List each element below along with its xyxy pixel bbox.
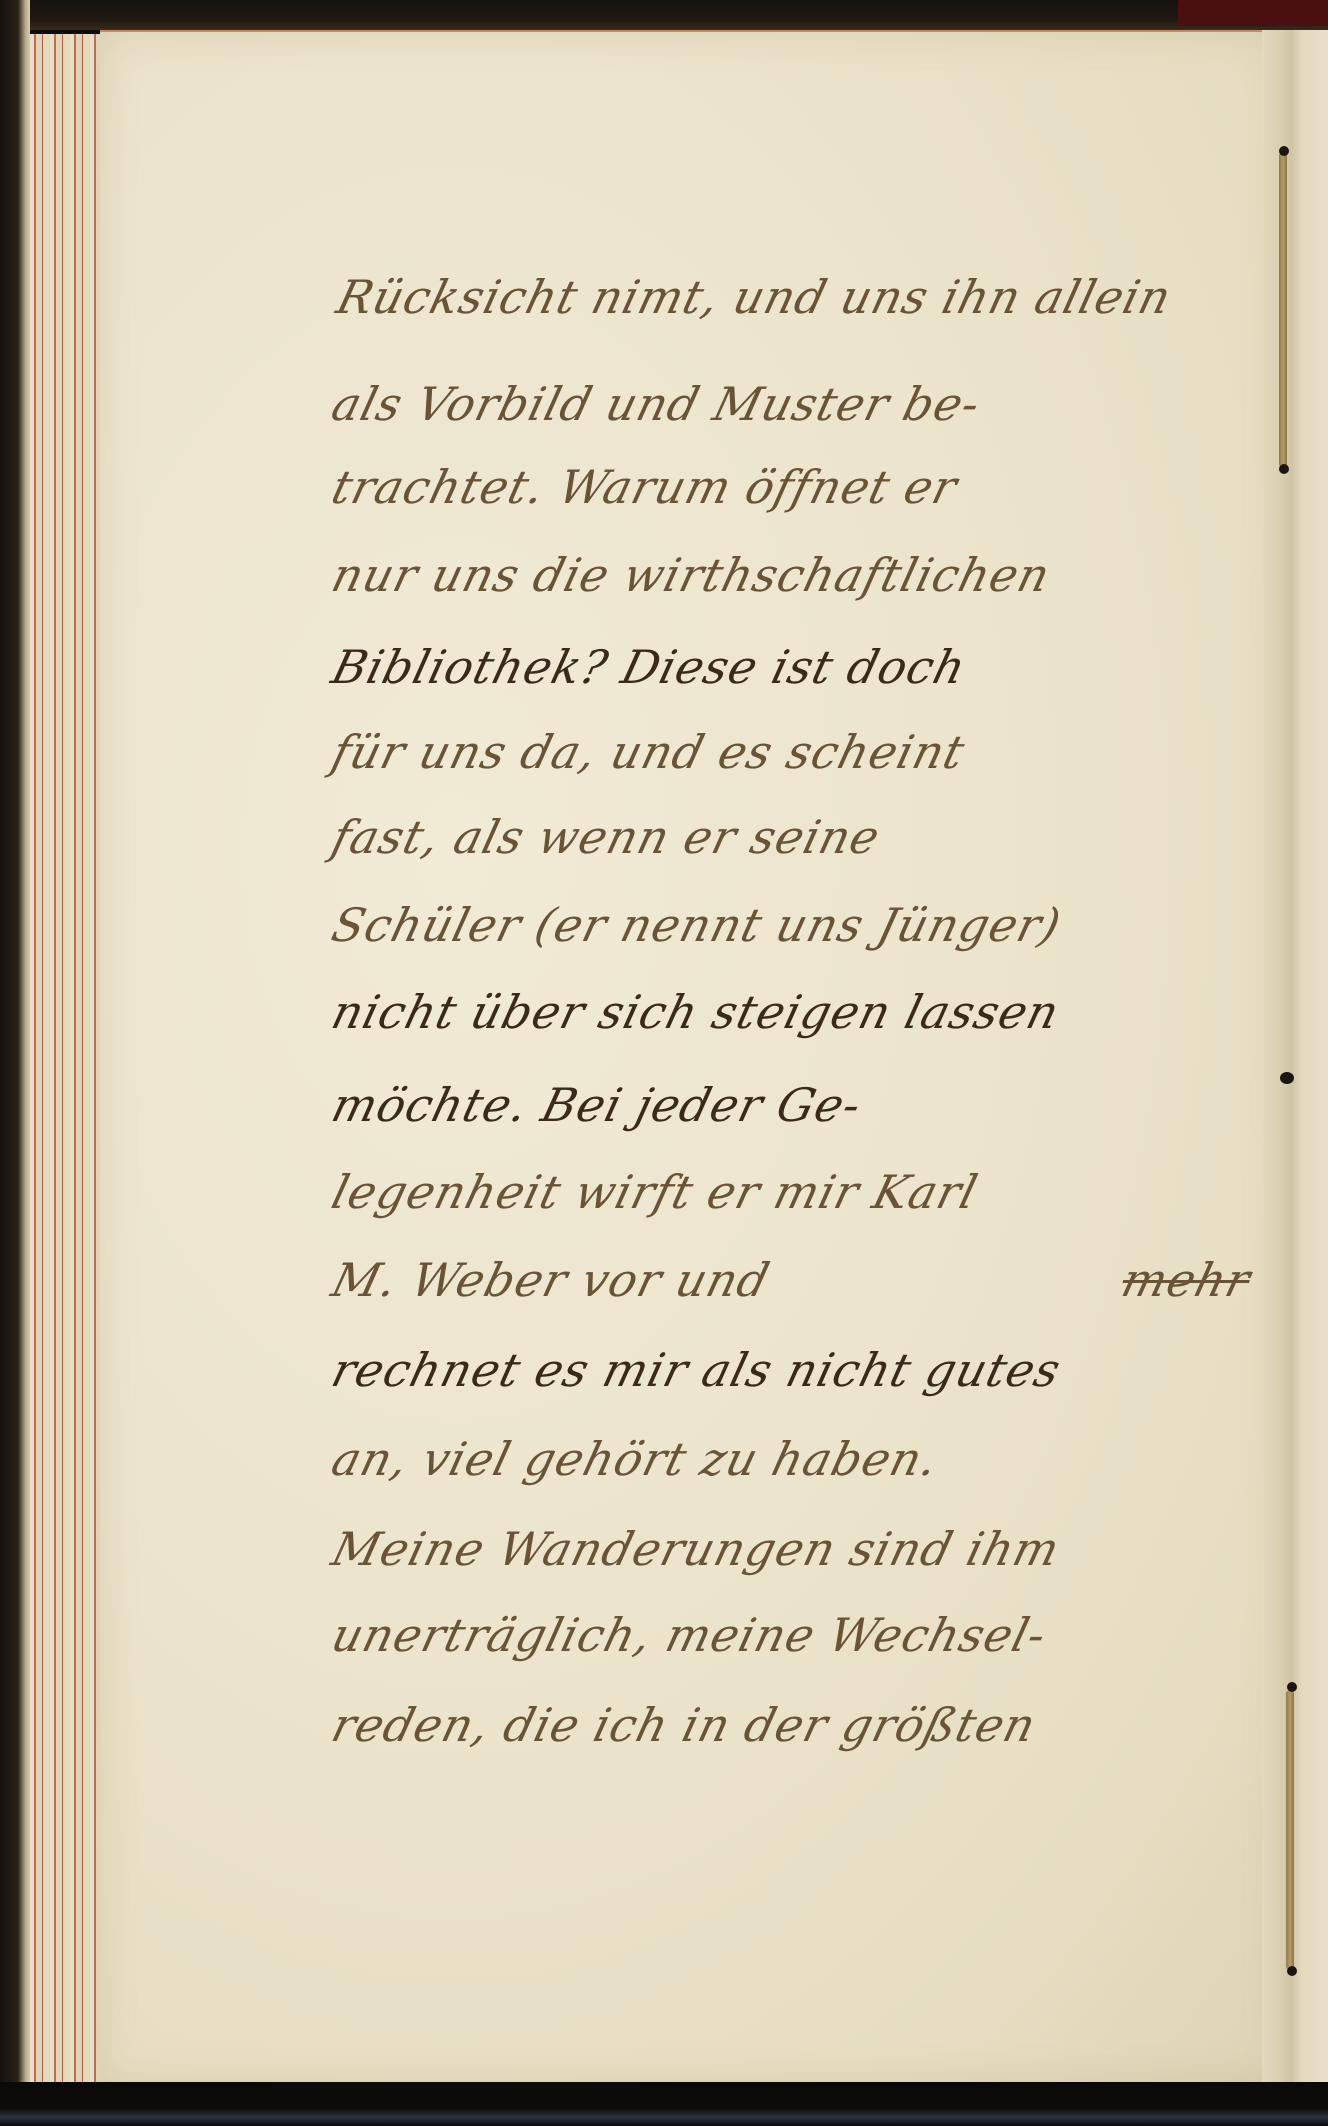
line-text: möchte. Bei jeder Ge-: [327, 1078, 868, 1132]
line-text: Bibliothek? Diese ist doch: [327, 640, 972, 694]
book-cover-bottom-edge: [0, 2082, 1328, 2126]
line-text: nur uns die wirthschaftlichen: [327, 548, 1057, 602]
binding-hole: [1287, 1966, 1297, 1976]
line-text: reden, die ich in der größten: [327, 1698, 1042, 1752]
binding-thread-bottom: [1286, 1690, 1294, 1970]
binding-hole: [1287, 1682, 1297, 1692]
book-cover-top-edge: [0, 0, 1328, 30]
line-text: Rücksicht nimt, und uns ihn allein: [332, 270, 1178, 324]
cover-red-corner: [1178, 0, 1328, 26]
binding-hole: [1279, 464, 1289, 474]
line-text: M. Weber vor und: [327, 1253, 776, 1307]
binding-hole: [1280, 1072, 1294, 1084]
book-cover-left-edge: [0, 0, 30, 2126]
line-text: nicht über sich steigen lassen: [327, 985, 1066, 1039]
binding-thread-top: [1279, 152, 1287, 468]
manuscript-page: [100, 30, 1280, 2084]
line-text: als Vorbild und Muster be-: [327, 377, 987, 431]
line-text: unerträglich, meine Wechsel-: [327, 1608, 1053, 1662]
line-text: trachtet. Warum öffnet er: [327, 460, 964, 514]
line-text: Meine Wanderungen sind ihm: [327, 1522, 1066, 1576]
book-gutter: [1262, 30, 1328, 2082]
line-text: an, viel gehört zu haben.: [327, 1432, 945, 1486]
line-text: Schüler (er nennt uns Jünger): [327, 898, 1067, 952]
line-text: fast, als wenn er seine: [327, 810, 886, 864]
binding-hole: [1279, 146, 1289, 156]
line-text: legenheit wirft er mir Karl: [327, 1165, 984, 1219]
line-text: rechnet es mir als nicht gutes: [327, 1343, 1067, 1397]
struck-word: mehr: [1117, 1253, 1257, 1307]
page-block-edges: [30, 34, 103, 2086]
line-text: für uns da, und es scheint: [327, 725, 971, 779]
